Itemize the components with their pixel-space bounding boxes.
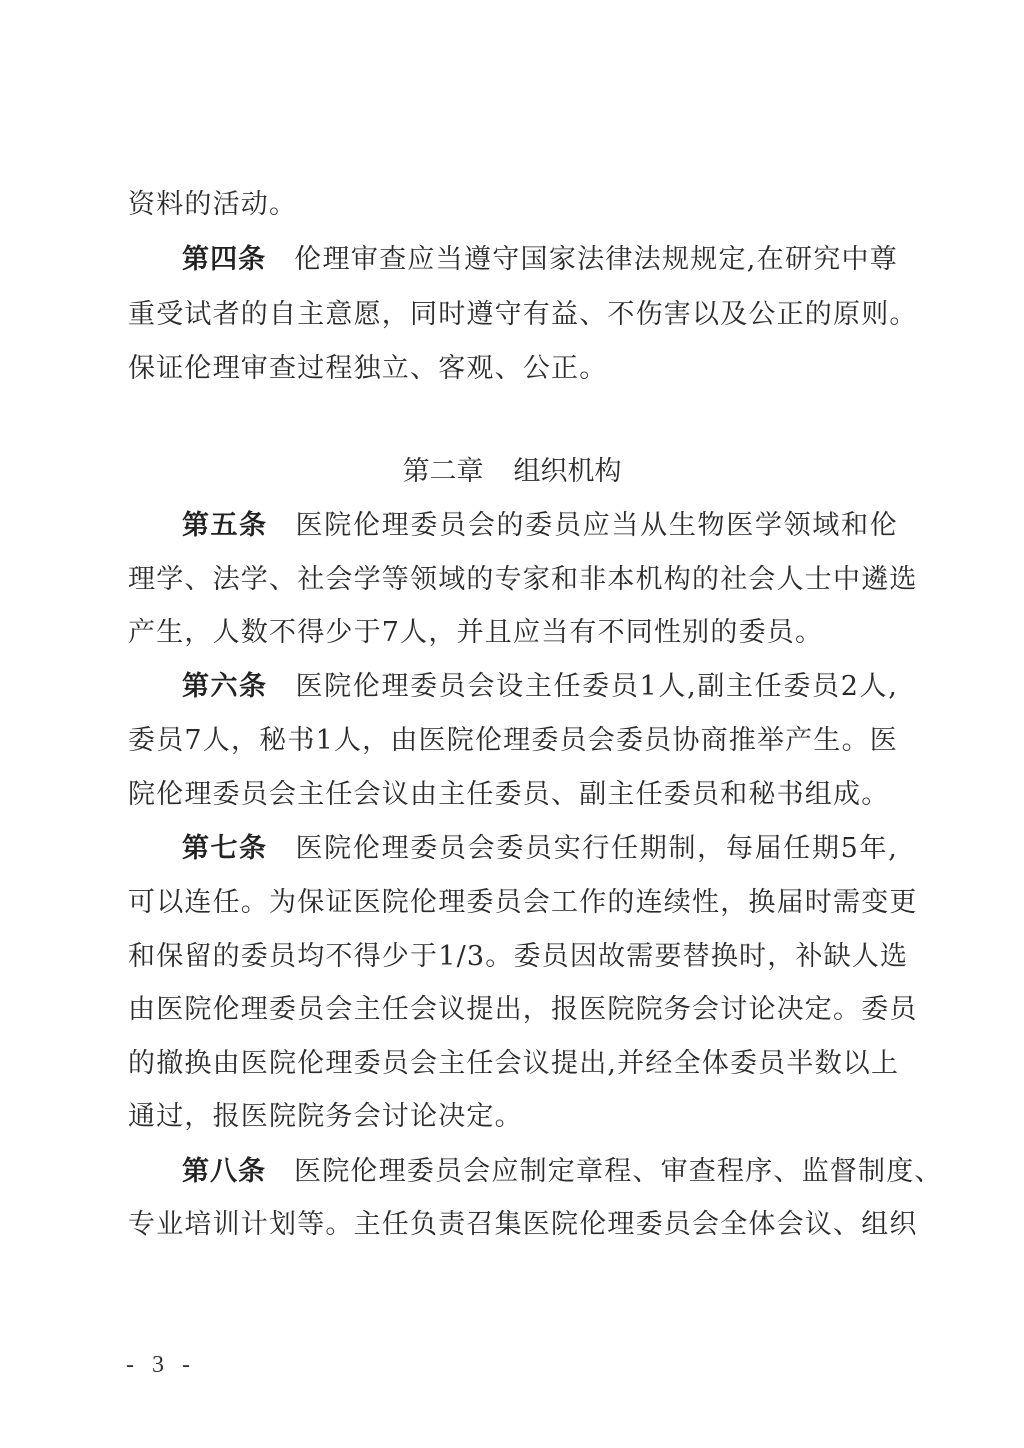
page-number: - 3 - [126, 1352, 196, 1379]
text-line: 理学、法学、社会学等领域的专家和非本机构的社会人士中遴选 [128, 563, 898, 597]
text-line: 资料的活动。 [128, 188, 898, 222]
article-7-line-1: 第七条医院伦理委员会委员实行任期制，每届任期5年, [182, 832, 898, 866]
text-line: 可以连任。为保证医院伦理委员会工作的连续性，换届时需变更 [128, 886, 898, 920]
article-label: 第四条 [182, 244, 266, 275]
chapter-title: 组织机构 [514, 456, 622, 487]
article-text: 医院伦理委员会委员实行任期制，每届任期5年, [295, 833, 898, 864]
article-label: 第七条 [182, 833, 267, 864]
text-line: 产生，人数不得少于7人，并且应当有不同性别的委员。 [128, 616, 898, 650]
text-line: 专业培训计划等。主任负责召集医院伦理委员会全体会议、组织 [128, 1208, 898, 1242]
article-4-line-1: 第四条伦理审查应当遵守国家法律法规规定,在研究中尊 [182, 243, 898, 277]
article-8-line-1: 第八条医院伦理委员会应制定章程、审查程序、监督制度、 [182, 1155, 898, 1189]
article-5-line-1: 第五条医院伦理委员会的委员应当从生物医学领域和伦 [182, 509, 898, 543]
article-text: 医院伦理委员会应制定章程、审查程序、监督制度、 [294, 1156, 943, 1187]
article-text: 医院伦理委员会设主任委员1人,副主任委员2人, [295, 671, 898, 702]
text-line: 保证伦理审查过程独立、客观、公正。 [128, 352, 898, 386]
text-line: 和保留的委员均不得少于1/3。委员因故需要替换时，补缺人选 [128, 940, 898, 974]
text-line: 的撤换由医院伦理委员会主任会议提出,并经全体委员半数以上 [128, 1047, 898, 1081]
text-line: 院伦理委员会主任会议由主任委员、副主任委员和秘书组成。 [128, 778, 898, 812]
text-line: 由医院伦理委员会主任会议提出，报医院院务会讨论决定。委员 [128, 993, 898, 1027]
article-text: 伦理审查应当遵守国家法律法规规定,在研究中尊 [294, 244, 898, 275]
text-line: 重受试者的自主意愿，同时遵守有益、不伤害以及公正的原则。 [128, 298, 898, 332]
article-text: 医院伦理委员会的委员应当从生物医学领域和伦 [296, 510, 898, 541]
article-6-line-1: 第六条医院伦理委员会设主任委员1人,副主任委员2人, [182, 670, 898, 704]
chapter-number: 第二章 [403, 456, 484, 487]
text-line: 委员7人，秘书1人，由医院伦理委员会委员协商推举产生。医 [128, 724, 898, 758]
article-label: 第六条 [182, 671, 267, 702]
chapter-heading: 第二章组织机构 [0, 455, 1024, 489]
article-label: 第五条 [182, 510, 268, 541]
text-line: 通过，报医院院务会讨论决定。 [128, 1100, 898, 1134]
article-label: 第八条 [182, 1156, 266, 1187]
